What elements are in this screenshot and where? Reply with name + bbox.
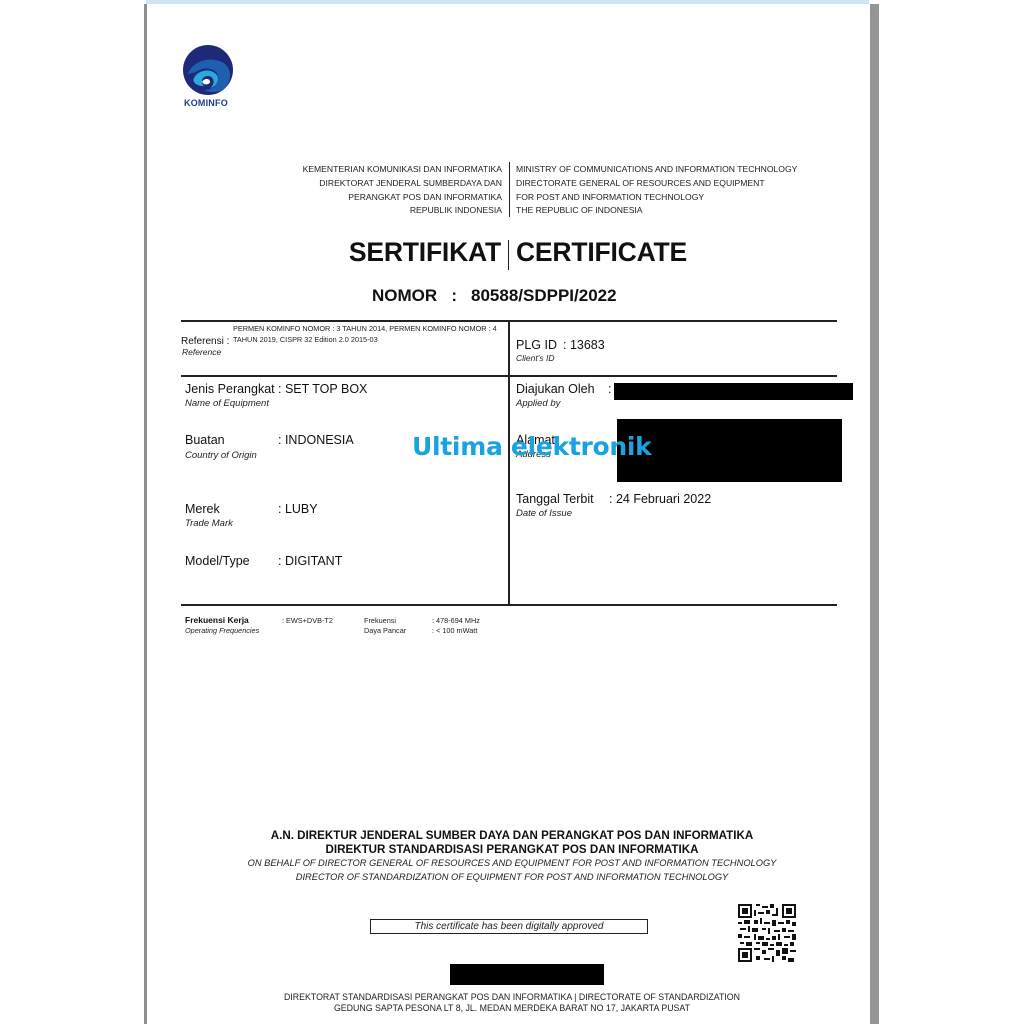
signature-line-4: DIRECTOR OF STANDARDIZATION OF EQUIPMENT… bbox=[0, 871, 1024, 885]
applied-by-colon: : bbox=[608, 382, 611, 396]
model-value: : DIGITANT bbox=[278, 554, 342, 568]
origin-sub: Country of Origin bbox=[185, 450, 257, 461]
origin-label: Buatan bbox=[185, 433, 225, 447]
frequency-label: Frekuensi Kerja bbox=[185, 615, 249, 625]
freq-range-value: : 478-694 MHz bbox=[432, 616, 480, 625]
ministry-divider bbox=[509, 162, 510, 217]
ministry-id-line: PERANGKAT POS DAN INFORMATIKA bbox=[303, 191, 502, 205]
redacted-applicant bbox=[614, 383, 853, 400]
applied-by-sub: Applied by bbox=[516, 398, 560, 409]
signature-line-2: DIREKTUR STANDARDISASI PERANGKAT POS DAN… bbox=[0, 843, 1024, 857]
power-value: : < 100 mWatt bbox=[432, 626, 477, 635]
nomor-value: 80588/SDPPI/2022 bbox=[471, 286, 617, 305]
freq-range-label: Frekuensi bbox=[364, 616, 396, 625]
trade-mark-label: Merek bbox=[185, 502, 220, 516]
signature-line-1: A.N. DIREKTUR JENDERAL SUMBER DAYA DAN P… bbox=[0, 829, 1024, 843]
trade-mark-sub: Trade Mark bbox=[185, 518, 233, 529]
reference-sub: Reference bbox=[182, 347, 221, 357]
ministry-en: MINISTRY OF COMMUNICATIONS AND INFORMATI… bbox=[516, 163, 797, 218]
ministry-en-line: THE REPUBLIC OF INDONESIA bbox=[516, 204, 797, 218]
date-of-issue-value: : 24 Februari 2022 bbox=[609, 492, 711, 506]
equipment-name-label: Jenis Perangkat bbox=[185, 382, 275, 396]
table-column-divider bbox=[508, 321, 510, 605]
certificate-number: NOMOR :80588/SDPPI/2022 bbox=[372, 286, 617, 306]
ministry-en-line: DIRECTORATE GENERAL OF RESOURCES AND EQU… bbox=[516, 177, 797, 191]
ministry-id-line: KEMENTERIAN KOMUNIKASI DAN INFORMATIKA bbox=[303, 163, 502, 177]
applied-by-label: Diajukan Oleh bbox=[516, 382, 595, 396]
ministry-id: KEMENTERIAN KOMUNIKASI DAN INFORMATIKA D… bbox=[303, 163, 502, 218]
date-of-issue-label: Tanggal Terbit bbox=[516, 492, 594, 506]
kominfo-logo-icon bbox=[182, 44, 234, 96]
client-id-label: PLG ID bbox=[516, 338, 557, 352]
logo-text: KOMINFO bbox=[184, 98, 228, 108]
title-id: SERTIFIKAT bbox=[349, 237, 501, 268]
equipment-name-sub: Name of Equipment bbox=[185, 398, 269, 409]
signature-line-3: ON BEHALF OF DIRECTOR GENERAL OF RESOURC… bbox=[0, 857, 1024, 871]
window-top-bar bbox=[146, 0, 869, 4]
ministry-en-line: FOR POST AND INFORMATION TECHNOLOGY bbox=[516, 191, 797, 205]
redacted-signature bbox=[450, 964, 604, 985]
date-of-issue-sub: Date of Issue bbox=[516, 508, 572, 519]
client-id-value: : 13683 bbox=[563, 338, 605, 352]
nomor-label: NOMOR : bbox=[372, 286, 457, 305]
power-label: Daya Pancar bbox=[364, 626, 406, 635]
frequency-sub: Operating Frequencies bbox=[185, 626, 259, 635]
title-divider bbox=[508, 240, 509, 270]
equipment-name-value: : SET TOP BOX bbox=[278, 382, 367, 396]
frequency-value: : EWS+DVB-T2 bbox=[282, 616, 333, 625]
digital-approval-box: This certificate has been digitally appr… bbox=[370, 919, 648, 934]
trade-mark-value: : LUBY bbox=[278, 502, 318, 516]
footer-line-1: DIREKTORAT STANDARDISASI PERANGKAT POS D… bbox=[0, 992, 1024, 1003]
qr-code-icon bbox=[738, 904, 796, 962]
client-id-sub: Client's ID bbox=[516, 353, 554, 363]
reference-label: Referensi : bbox=[181, 336, 229, 347]
ministry-en-line: MINISTRY OF COMMUNICATIONS AND INFORMATI… bbox=[516, 163, 797, 177]
ministry-id-line: REPUBLIK INDONESIA bbox=[303, 204, 502, 218]
ministry-id-line: DIREKTORAT JENDERAL SUMBERDAYA DAN bbox=[303, 177, 502, 191]
title-en: CERTIFICATE bbox=[516, 237, 687, 268]
model-label: Model/Type bbox=[185, 554, 250, 568]
reference-line-2: TAHUN 2019, CISPR 32 Edition 2.0 2015-03 bbox=[233, 335, 378, 344]
watermark-text: Ultima elektronik bbox=[412, 432, 651, 461]
origin-value: : INDONESIA bbox=[278, 433, 354, 447]
reference-line-1: PERMEN KOMINFO NOMOR : 3 TAHUN 2014, PER… bbox=[233, 324, 497, 333]
footer-line-2: GEDUNG SAPTA PESONA LT 8, JL. MEDAN MERD… bbox=[0, 1003, 1024, 1014]
